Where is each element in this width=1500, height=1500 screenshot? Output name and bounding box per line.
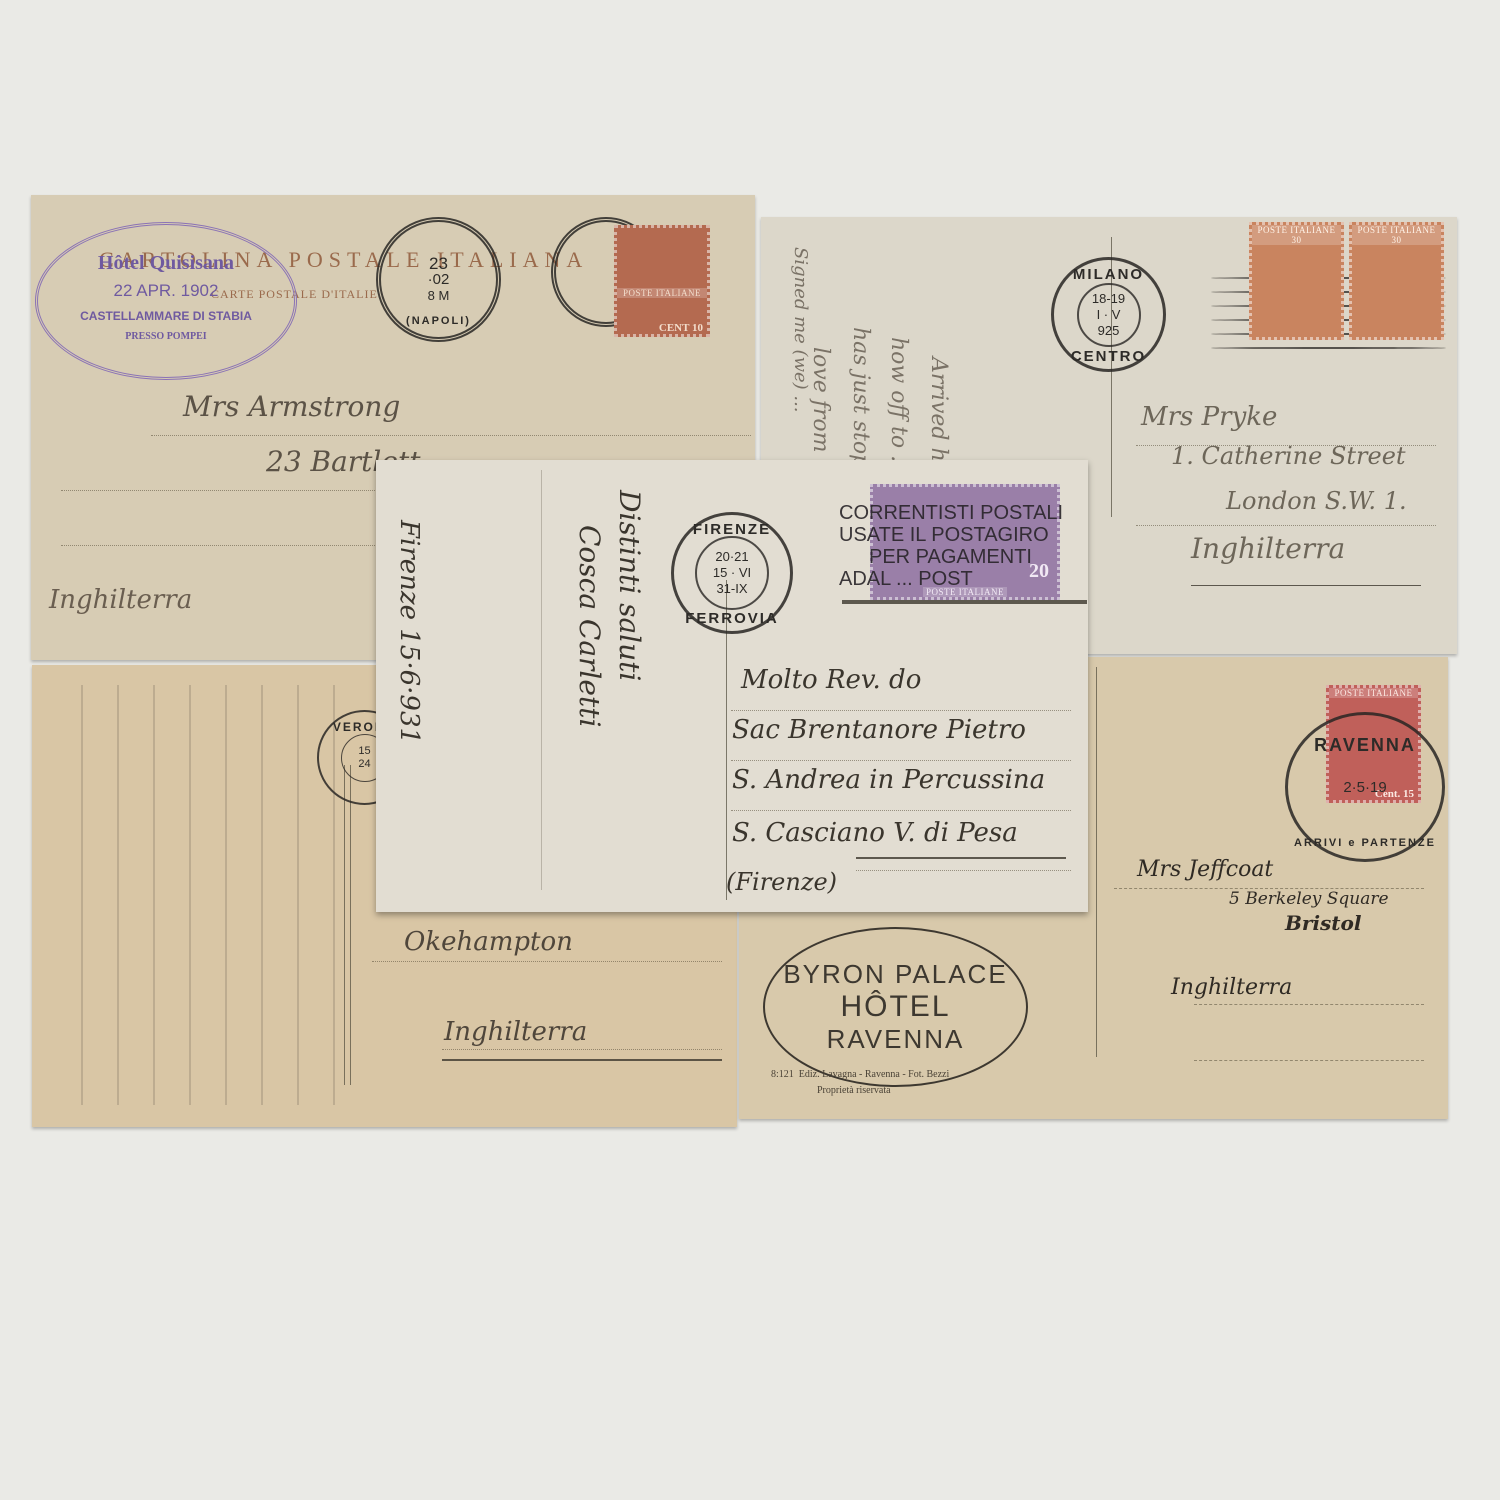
address-country: Inghilterra <box>444 1017 587 1047</box>
hotel-stamp-type: HÔTEL <box>840 990 950 1024</box>
hotel-stamp-city: RAVENNA <box>827 1024 965 1055</box>
address-name: Mrs Jeffcoat <box>1137 857 1273 882</box>
address-city: London S.W. 1. <box>1226 487 1407 515</box>
postmark-city: FIRENZE <box>674 521 790 538</box>
postmark-milano: MILANO 18-19 I · V 925 CENTRO <box>1051 257 1166 372</box>
address-name: Mrs Pryke <box>1141 402 1277 432</box>
hotel-stamp-subline: PRESSO POMPEI <box>125 331 206 342</box>
hotel-quisisana-stamp: Hôtel Quisisana 22 APR. 1902 CASTELLAMMA… <box>35 222 297 380</box>
postmark-city: MILANO <box>1054 266 1163 283</box>
message-line-4: love from <box>808 347 833 453</box>
postmark-firenze: FIRENZE 20·21 15 · VI 31-IX FERROVIA <box>671 512 793 634</box>
address-line-2: Sac Brentanore Pietro <box>732 715 1026 745</box>
stamp-30-cent-left: POSTE ITALIANE 30 <box>1249 222 1344 340</box>
postcard-firenze: Firenze 15·6·931 Distinti saluti Cosca C… <box>376 460 1088 912</box>
address-country: Inghilterra <box>1191 532 1345 565</box>
postmark-office: CENTRO <box>1054 348 1163 365</box>
postmark-office: ARRIVI e PARTENZE <box>1288 837 1442 849</box>
message-line-1: Distinti saluti <box>613 490 646 681</box>
address-country: Inghilterra <box>49 585 192 615</box>
address-line-3: S. Andrea in Percussina <box>732 765 1045 795</box>
address-line-5: (Firenze) <box>726 868 837 896</box>
hotel-stamp-date: 22 APR. 1902 <box>114 281 219 301</box>
address-country: Inghilterra <box>1171 975 1292 1000</box>
postmark-date: 2·5·19 <box>1343 779 1386 796</box>
postmark-year: 31-IX <box>716 581 747 597</box>
stamp-30-cent-right: POSTE ITALIANE 30 <box>1349 222 1444 340</box>
slogan-cancel: CORRENTISTI POSTALI USATE IL POSTAGIRO P… <box>839 502 1088 590</box>
message-line-2: how off to ... <box>886 337 911 476</box>
address-street: 5 Berkeley Square <box>1229 889 1389 909</box>
postmark-year: ·02 <box>428 272 450 288</box>
postmark-castellammare: 23 ·02 8 M (NAPOLI) <box>376 217 501 342</box>
address-town: Okehampton <box>404 927 573 957</box>
postmark-day: 23 <box>429 256 448 272</box>
postmark-date: 24 <box>358 758 370 771</box>
address-line-4: S. Casciano V. di Pesa <box>732 818 1018 848</box>
postmark-year: 925 <box>1098 323 1120 339</box>
hotel-stamp-name: Hôtel Quisisana <box>98 252 234 275</box>
hotel-stamp-name: BYRON PALACE <box>783 959 1007 990</box>
byron-palace-hotel-stamp: BYRON PALACE HÔTEL RAVENNA <box>763 927 1028 1087</box>
rights-line: Proprietà riservata <box>817 1085 891 1096</box>
dateline: Firenze 15·6·931 <box>394 520 424 744</box>
sideways-handwritten-message <box>47 685 337 1105</box>
postmark-city: RAVENNA <box>1288 735 1442 756</box>
postmark-date: 15 · VI <box>713 565 751 581</box>
hotel-stamp-town: CASTELLAMMARE DI STABIA <box>80 309 252 323</box>
address-line-1: Mrs Armstrong <box>183 390 400 423</box>
postmark-region: (NAPOLI) <box>381 315 496 327</box>
message-line-2: Cosca Carletti <box>573 525 606 727</box>
postmark-date: I · V <box>1097 307 1121 323</box>
postmark-time: 20·21 <box>715 549 748 565</box>
address-city: Bristol <box>1285 911 1361 935</box>
publisher-line: 8:121 Ediz. Lavagna - Ravenna - Fot. Bez… <box>771 1069 949 1080</box>
postmark-time: 8 M <box>428 288 450 304</box>
address-street: 1. Catherine Street <box>1171 442 1406 470</box>
postmark-time: 15 <box>358 745 370 758</box>
postmark-ravenna: RAVENNA 2·5·19 ARRIVI e PARTENZE <box>1285 712 1445 862</box>
postmark-time: 18-19 <box>1092 291 1125 307</box>
postmark-office: FERROVIA <box>674 610 790 627</box>
stamp-10-cent: POSTE ITALIANE CENT 10 <box>614 225 710 337</box>
address-line-1: Molto Rev. do <box>741 665 921 695</box>
message-line-5: Signed me (we) ... <box>790 247 811 413</box>
